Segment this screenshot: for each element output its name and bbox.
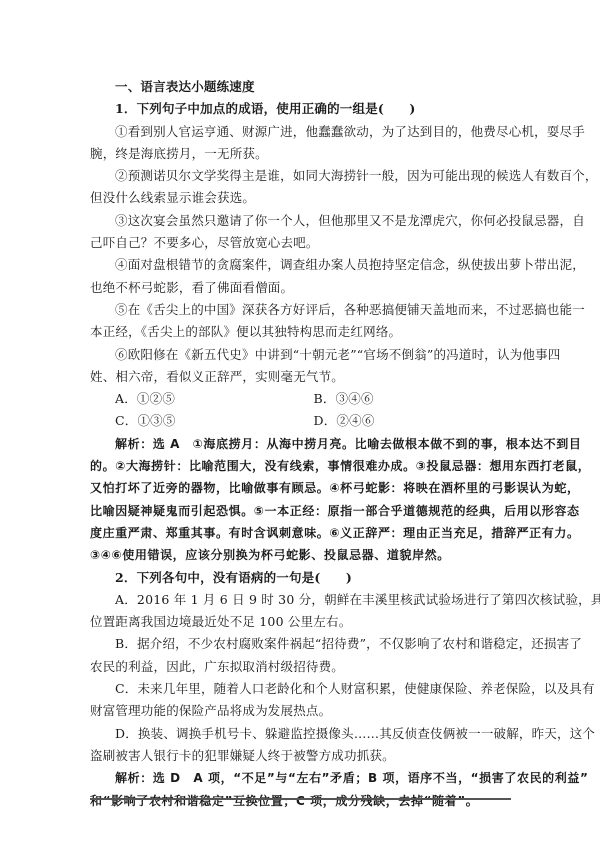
q1-sentence-5-line-2: 本正经，《舌尖上的部队》便以其独特构思而走红网络。 (90, 321, 512, 343)
document-page: 一、语言表达小题练速度 1．下列句子中加点的成语，使用正确的一组是( ) ①看到… (90, 76, 512, 812)
q1-sentence-2-line-2: 但没什么线索显示谁会获选。 (90, 187, 512, 209)
q1-sentence-5-line-1: ⑤在《舌尖上的中国》深获各方好评后，各种恶搞便铺天盖地而来，不过恶搞也能一 (90, 299, 512, 321)
q2-option-d-line-1: D．换装、调换手机号卡、躲避监控摄像头……其反侦查伎俩被一一破解，昨天，这个 (90, 723, 512, 745)
section-heading: 一、语言表达小题练速度 (90, 76, 512, 98)
q1-sentence-1-line-2: 腕，终是海底捞月，一无所获。 (90, 143, 512, 165)
q2-explanation-line-1: 解析：选 D A 项，“不足”与“左右”矛盾；B 项，语序不当，“损害了农民的利… (90, 767, 512, 789)
q1-option-b: B．③④⑥ (314, 388, 513, 410)
q1-option-c: C．①③⑤ (115, 410, 314, 432)
q1-explanation-line-6: ③④⑥使用错误，应该分别换为杯弓蛇影、投鼠忌器、道貌岸然。 (90, 544, 512, 566)
q1-sentence-3-line-2: 己吓自己？不要多心，尽管放宽心去吧。 (90, 232, 512, 254)
q2-option-c-line-2: 财富管理功能的保险产品将成为发展热点。 (90, 700, 512, 722)
question-1-title: 1．下列句子中加点的成语，使用正确的一组是( ) (90, 98, 512, 120)
q2-option-a-line-1: A．2016 年 1 月 6 日 9 时 30 分，朝鲜在丰溪里核武试验场进行了… (90, 589, 512, 611)
q1-explanation-line-5: 度庄重严肃、郑重其事。有时含讽刺意味。⑥义正辞严：理由正当充足，措辞严正有力。 (90, 522, 512, 544)
q1-explanation-line-2: 的。②大海捞针：比喻范围大，没有线索，事情很难办成。③投鼠忌器：想用东西打老鼠， (90, 455, 512, 477)
q1-option-a: A．①②⑤ (115, 388, 314, 410)
footer-divider (90, 798, 511, 800)
q2-option-b-line-1: B．据介绍，不少农村腐败案件祸起“招待费”，不仅影响了农村和谐稳定，还损害了 (90, 633, 512, 655)
q1-options-row-2: C．①③⑤ D．②④⑥ (90, 410, 512, 432)
q2-explanation-line-2: 和“影响了农村和谐稳定”互换位置；C 项，成分残缺，去掉“随着”。 (90, 790, 512, 812)
q2-option-a-line-2: 位置距离我国边境最近处不足 100 公里左右。 (90, 611, 512, 633)
q2-option-b-line-2: 农民的利益，因此，广东拟取消村级招待费。 (90, 656, 512, 678)
q1-sentence-4-line-1: ④面对盘根错节的贪腐案件，调查组办案人员抱持坚定信念，纵使拔出萝卜带出泥， (90, 254, 512, 276)
q1-explanation-line-3: 又怕打坏了近旁的器物，比喻做事有顾忌。④杯弓蛇影：将映在酒杯里的弓影误认为蛇， (90, 477, 512, 499)
q1-option-d: D．②④⑥ (314, 410, 513, 432)
q2-option-c-line-1: C．未来几年里，随着人口老龄化和个人财富积累，使健康保险、养老保险，以及具有 (90, 678, 512, 700)
q1-sentence-2-line-1: ②预测诺贝尔文学奖得主是谁，如同大海捞针一般，因为可能出现的候选人有数百个， (90, 165, 512, 187)
q1-explanation-line-1: 解析：选 A ①海底捞月：从海中捞月亮。比喻去做根本做不到的事，根本达不到目 (90, 433, 512, 455)
q1-sentence-6-line-1: ⑥欧阳修在《新五代史》中讲到“十朝元老”“官场不倒翁”的冯道时，认为他事四 (90, 344, 512, 366)
question-2-title: 2．下列各句中，没有语病的一句是( ) (90, 567, 512, 589)
q1-options-row-1: A．①②⑤ B．③④⑥ (90, 388, 512, 410)
q1-sentence-3-line-1: ③这次宴会虽然只邀请了你一个人，但他那里又不是龙潭虎穴，你何必投鼠忌器，自 (90, 210, 512, 232)
q2-option-d-line-2: 盗刷被害人银行卡的犯罪嫌疑人终于被警方成功抓获。 (90, 745, 512, 767)
q1-sentence-1-line-1: ①看到别人官运亨通、财源广进，他蠢蠢欲动，为了达到目的，他费尽心机，耍尽手 (90, 121, 512, 143)
q1-explanation-line-4: 比喻因疑神疑鬼而引起恐惧。⑤一本正经：原指一部合乎道德规范的经典，后用以形容态 (90, 500, 512, 522)
q1-sentence-4-line-2: 也绝不杯弓蛇影，看了佛面看僧面。 (90, 277, 512, 299)
q1-sentence-6-line-2: 姓、相六帝，看似义正辞严，实则毫无气节。 (90, 366, 512, 388)
